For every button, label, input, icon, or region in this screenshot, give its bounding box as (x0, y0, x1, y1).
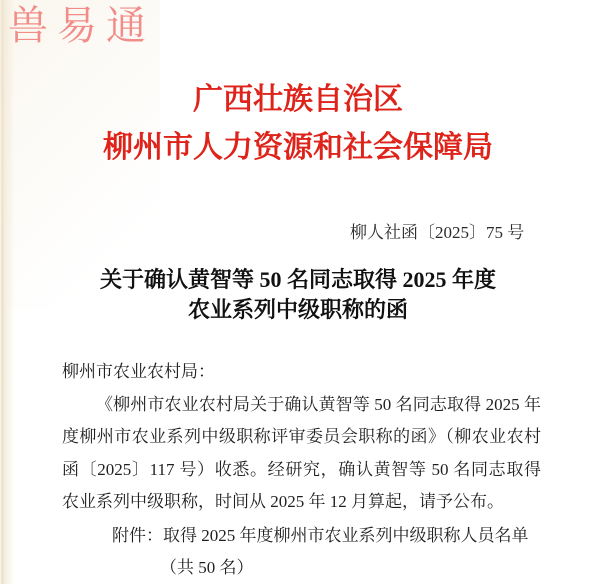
recipient-line: 柳州市农业农村局： (62, 356, 541, 389)
body-paragraph: 柳州市农业农村局： 《柳州市农业农村局关于确认黄智等 50 名同志取得 2025… (62, 356, 541, 519)
attachment-line1: 附件：取得 2025 年度柳州市农业系列中级职称人员名单 (112, 520, 552, 552)
document-page: 兽易通 广西壮族自治区 柳州市人力资源和社会保障局 柳人社函〔2025〕75 号… (0, 0, 596, 584)
doc-title: 关于确认黄智等 50 名同志取得 2025 年度 农业系列中级职称的函 (0, 265, 596, 325)
watermark-text: 兽易通 (8, 0, 155, 52)
body-line: 《柳州市农业农村局关于确认黄智等 50 名同志取得 2025 年 (62, 389, 541, 422)
attachment-line2: （共 50 名） (112, 552, 552, 584)
letterhead-line2: 柳州市人力资源和社会保障局 (0, 124, 596, 172)
letterhead: 广西壮族自治区 柳州市人力资源和社会保障局 (0, 76, 596, 172)
doc-title-line2: 农业系列中级职称的函 (0, 295, 596, 325)
doc-number: 柳人社函〔2025〕75 号 (350, 220, 524, 245)
body-line: 度柳州市农业系列中级职称评审委员会职称的函》（柳农业农村 (62, 421, 541, 454)
body-line: 农业系列中级职称，时间从 2025 年 12 月算起，请予公布。 (62, 486, 541, 519)
attachment-section: 附件：取得 2025 年度柳州市农业系列中级职称人员名单 （共 50 名） (112, 520, 552, 584)
letterhead-line1: 广西壮族自治区 (0, 76, 596, 124)
body-line: 函〔2025〕117 号）收悉。经研究，确认黄智等 50 名同志取得 (62, 454, 541, 487)
doc-title-line1: 关于确认黄智等 50 名同志取得 2025 年度 (0, 265, 596, 295)
